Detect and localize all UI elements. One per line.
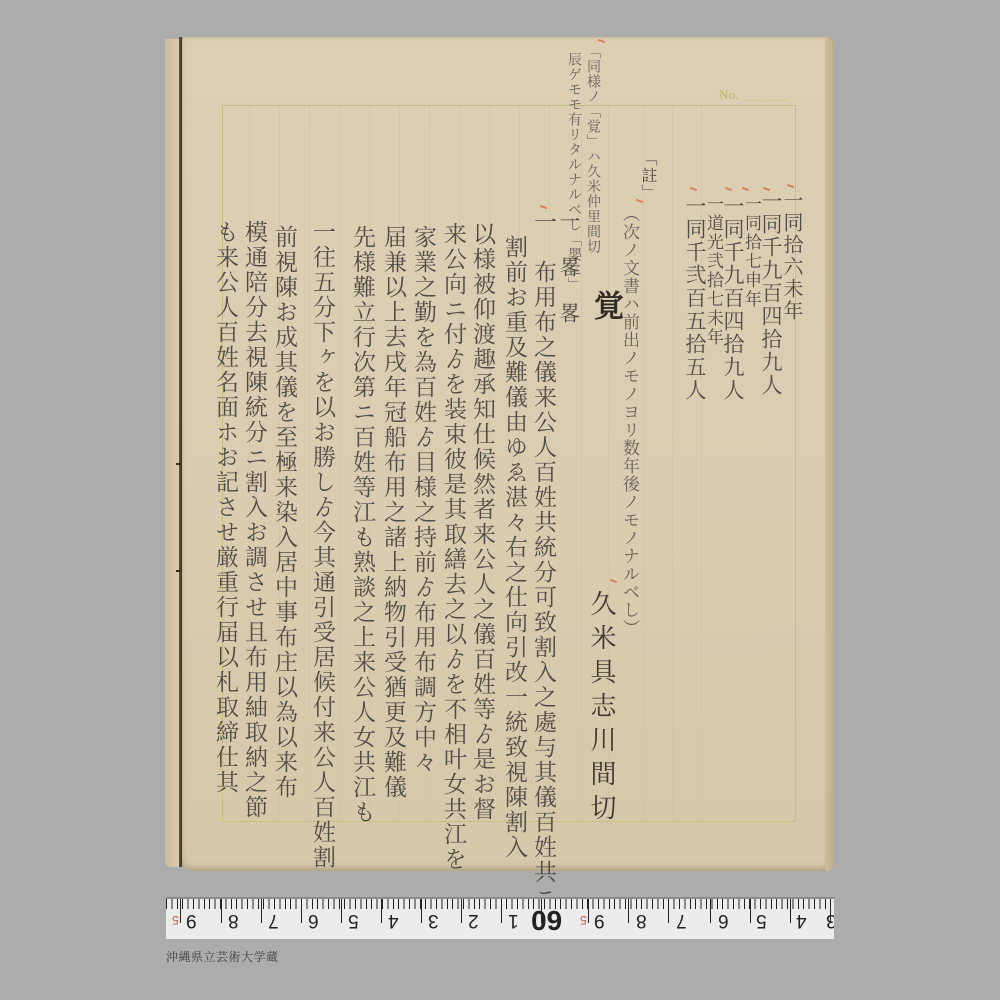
ruler-tick [750,899,751,923]
ruler-label: 8 [636,909,647,931]
ruler-label: 3 [428,909,439,931]
entry-count-2: 一同千九百四拾九人 [722,195,743,402]
ruler-tick [461,899,462,923]
ruler-tick [381,899,382,923]
ruler-tick [710,899,711,923]
ruler-label: 6 [718,909,729,931]
ruler-tick [501,899,502,923]
measurement-ruler: 5 9 8 7 6 5 4 3 2 1 60 5 9 8 7 6 5 4 3 [166,897,834,939]
body-column-11: も来公人百姓名面ホお記させ厳重行届以札取締仕其 [213,220,236,795]
document-signature: 久米具志川間切 [588,590,614,828]
body-column-6: 届兼以上去戌年冠船布用之諸上納物引受猶更及難儀 [381,225,404,800]
collection-credit: 沖縄県立芸術大学蔵 [166,948,279,965]
body-column-9: 前視陳お成其儀を至極来染入居中事布庄以為以来布 [272,225,295,800]
ruler-tick [341,899,342,923]
body-column-2: 割前お重及難儀由ゆゑ湛々右之仕向引改一統致視陳割入 [502,235,525,860]
ruler-label: 7 [676,909,687,931]
ruler-label: 5 [172,913,179,927]
item-header: 一 畧 畧 [558,210,579,325]
ruler-label: 1 [508,909,519,931]
ruler-tick [421,899,422,923]
entry-count-1: 一同千九百四拾九人 [760,190,781,397]
body-column-5: 家業之勤を為百姓ゟ目様之持前ゟ布用布調方中々 [411,225,434,775]
body-column-8: 一往五分下ヶを以お勝しゟ今其通引受居候付来公人百姓割 [310,220,333,870]
ruler-tick [221,899,222,923]
ruler-label: 4 [796,909,807,931]
ruler-major-label: 60 [531,904,562,936]
ruler-label: 9 [186,909,197,931]
paper-right-edge [825,37,833,871]
ruler-tick [261,899,262,923]
entry-count-3: 一同千弐百五拾五人 [684,195,705,402]
note-label: 「註」 [640,150,656,201]
ruler-tick [668,899,669,923]
ruler-label: 5 [348,909,359,931]
ruler-tick [790,899,791,923]
ruler-label: 5 [756,909,767,931]
body-column-1: 一 布用布之儀来公人百姓共統分可致割入之處与其儀百姓共ニ [531,210,554,910]
ruler-tick [588,899,589,923]
ruler-label: 7 [268,909,279,931]
ruler-tick [301,899,302,923]
ruler-tick [180,899,181,923]
ruler-label: 6 [308,909,319,931]
ruler-label: 9 [594,909,605,931]
page-number-label: No. [719,87,738,103]
column-rule [672,106,673,821]
ruler-label: 8 [228,909,239,931]
ruler-label: 2 [468,909,479,931]
ruler-ticks [166,899,834,909]
body-column-4: 来公向ニ付ゟを装束彼是其取繕去之以ゟを不相叶女共江を [441,222,464,872]
body-column-7: 先様難立行次第ニ百姓等江も熟談之上来公人女共江も [350,225,373,825]
column-rule [643,106,644,821]
body-column-10: 模通陪分去視陳統分ニ割入お調させ且布用紬取納之節 [242,220,265,820]
ruler-tick [541,899,542,923]
page-number-field [745,100,787,101]
note-text: （次ノ文書ハ前出ノモノヨリ数年後ノモノナルベし） [620,205,637,637]
left-page-edge [165,39,179,867]
annotation-line-1: 「同様ノ「覚」ハ久米仲里間切 [586,44,600,254]
column-rule [339,106,340,821]
body-column-3: 以様被仰渡趣承知仕候然者来公人之儀百姓等ゟ是お督 [470,222,493,822]
ruler-label: 5 [580,913,587,927]
ruler-label: 4 [388,909,399,931]
ruler-tick [628,899,629,923]
document-title: 覚 [590,290,620,322]
entry-year-1: 一同拾六未年 [782,190,802,322]
ruler-tick [830,899,831,923]
